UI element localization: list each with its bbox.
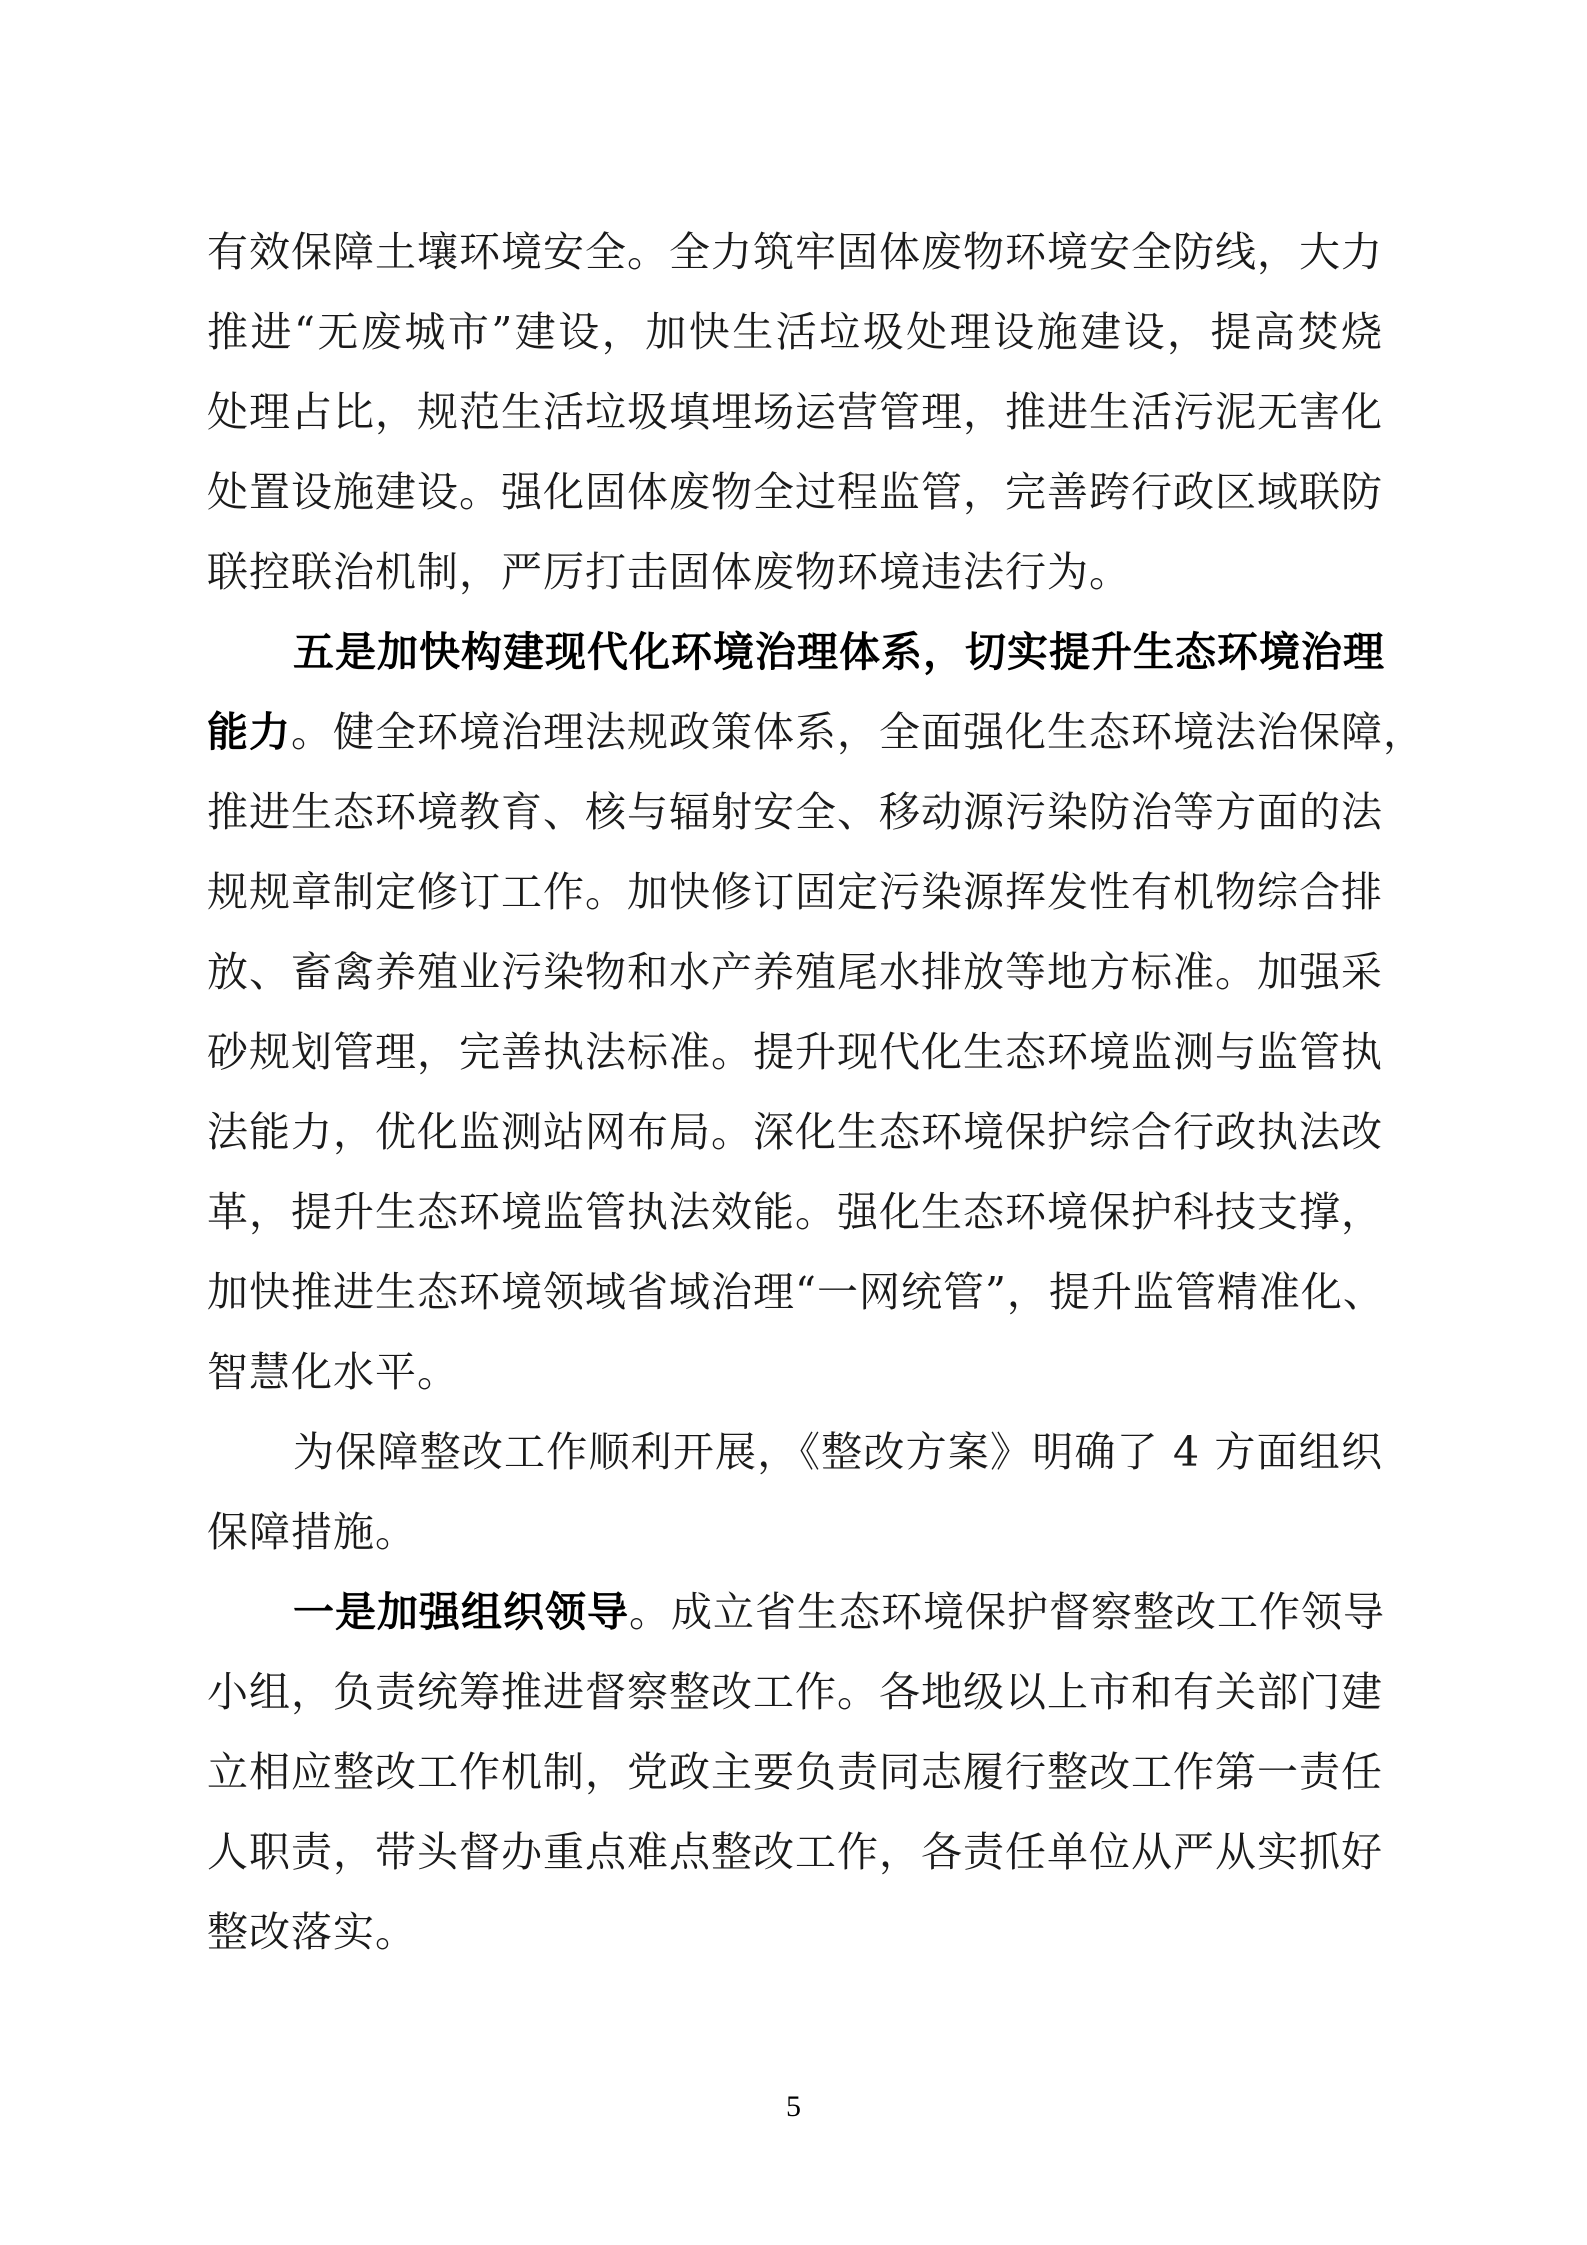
- paragraph-line: 处置设施建设。强化固体废物全过程监管，完善跨行政区域联防: [207, 452, 1383, 532]
- line-text: 保障措施。: [207, 1508, 417, 1556]
- paragraph-line: 法能力，优化监测站网布局。深化生态环境保护综合行政执法改: [207, 1092, 1383, 1172]
- line-text: 处理占比，规范生活垃圾填埋场运营管理，推进生活污泥无害化: [207, 388, 1383, 436]
- section-heading-five: 五是加快构建现代化环境治理体系，切实提升生态环境治理: [293, 628, 1385, 676]
- paragraph-line: 人职责，带头督办重点难点整改工作，各责任单位从严从实抓好: [207, 1812, 1383, 1892]
- paragraph-line: 革，提升生态环境监管执法效能。强化生态环境保护科技支撑，: [207, 1172, 1383, 1252]
- section-heading-five-tail: 能力: [207, 708, 291, 756]
- page-number: 5: [0, 2090, 1587, 2124]
- line-text: 为保障整改工作顺利开展，《整改方案》明确了 4 方面组织: [293, 1428, 1383, 1476]
- paragraph-line: 规规章制定修订工作。加快修订固定污染源挥发性有机物综合排: [207, 852, 1383, 932]
- paragraph-line: 整改落实。: [207, 1892, 1383, 1972]
- line-text: 加快推进生态环境领域省域治理“一网统管”，提升监管精准化、: [207, 1268, 1385, 1316]
- line-text: 。健全环境治理法规政策体系，全面强化生态环境法治保障，: [291, 708, 1425, 756]
- line-text: 小组，负责统筹推进督察整改工作。各地级以上市和有关部门建: [207, 1668, 1383, 1716]
- paragraph-line: 立相应整改工作机制，党政主要负责同志履行整改工作第一责任: [207, 1732, 1383, 1812]
- line-text: 规规章制定修订工作。加快修订固定污染源挥发性有机物综合排: [207, 868, 1383, 916]
- paragraph-line: 推进生态环境教育、核与辐射安全、移动源污染防治等方面的法: [207, 772, 1383, 852]
- line-text: 推进生态环境教育、核与辐射安全、移动源污染防治等方面的法: [207, 788, 1383, 836]
- line-text: 整改落实。: [207, 1908, 417, 1956]
- paragraph-line: 一是加强组织领导。成立省生态环境保护督察整改工作领导: [207, 1572, 1383, 1652]
- line-text: 联控联治机制，严厉打击固体废物环境违法行为。: [207, 548, 1131, 596]
- paragraph-line: 有效保障土壤环境安全。全力筑牢固体废物环境安全防线，大力: [207, 212, 1383, 292]
- paragraph-line: 砂规划管理，完善执法标准。提升现代化生态环境监测与监管执: [207, 1012, 1383, 1092]
- line-text: 有效保障土壤环境安全。全力筑牢固体废物环境安全防线，大力: [207, 228, 1383, 276]
- line-text: 智慧化水平。: [207, 1348, 459, 1396]
- paragraph-line: 保障措施。: [207, 1492, 1383, 1572]
- paragraph-line: 智慧化水平。: [207, 1332, 1383, 1412]
- paragraph-line: 能力。健全环境治理法规政策体系，全面强化生态环境法治保障，: [207, 692, 1383, 772]
- line-text: 砂规划管理，完善执法标准。提升现代化生态环境监测与监管执: [207, 1028, 1383, 1076]
- line-text: 立相应整改工作机制，党政主要负责同志履行整改工作第一责任: [207, 1748, 1383, 1796]
- line-text: 推进“无废城市”建设，加快生活垃圾处理设施建设，提高焚烧: [207, 308, 1383, 356]
- line-text: 放、畜禽养殖业污染物和水产养殖尾水排放等地方标准。加强采: [207, 948, 1383, 996]
- line-text: 革，提升生态环境监管执法效能。强化生态环境保护科技支撑，: [207, 1188, 1383, 1236]
- line-text: 。成立省生态环境保护督察整改工作领导: [629, 1588, 1385, 1636]
- line-text: 处置设施建设。强化固体废物全过程监管，完善跨行政区域联防: [207, 468, 1383, 516]
- paragraph-line: 联控联治机制，严厉打击固体废物环境违法行为。: [207, 532, 1383, 612]
- paragraph-line: 加快推进生态环境领域省域治理“一网统管”，提升监管精准化、: [207, 1252, 1383, 1332]
- paragraph-line: 处理占比，规范生活垃圾填埋场运营管理，推进生活污泥无害化: [207, 372, 1383, 452]
- paragraph-line: 为保障整改工作顺利开展，《整改方案》明确了 4 方面组织: [207, 1412, 1383, 1492]
- section-heading-line: 五是加快构建现代化环境治理体系，切实提升生态环境治理: [207, 612, 1383, 692]
- section-heading-one: 一是加强组织领导: [293, 1588, 629, 1636]
- paragraph-line: 放、畜禽养殖业污染物和水产养殖尾水排放等地方标准。加强采: [207, 932, 1383, 1012]
- paragraph-line: 小组，负责统筹推进督察整改工作。各地级以上市和有关部门建: [207, 1652, 1383, 1732]
- line-text: 法能力，优化监测站网布局。深化生态环境保护综合行政执法改: [207, 1108, 1383, 1156]
- line-text: 人职责，带头督办重点难点整改工作，各责任单位从严从实抓好: [207, 1828, 1383, 1876]
- paragraph-line: 推进“无废城市”建设，加快生活垃圾处理设施建设，提高焚烧: [207, 292, 1383, 372]
- body-text: 有效保障土壤环境安全。全力筑牢固体废物环境安全防线，大力 推进“无废城市”建设，…: [207, 212, 1383, 1972]
- document-page: 有效保障土壤环境安全。全力筑牢固体废物环境安全防线，大力 推进“无废城市”建设，…: [0, 0, 1587, 2245]
